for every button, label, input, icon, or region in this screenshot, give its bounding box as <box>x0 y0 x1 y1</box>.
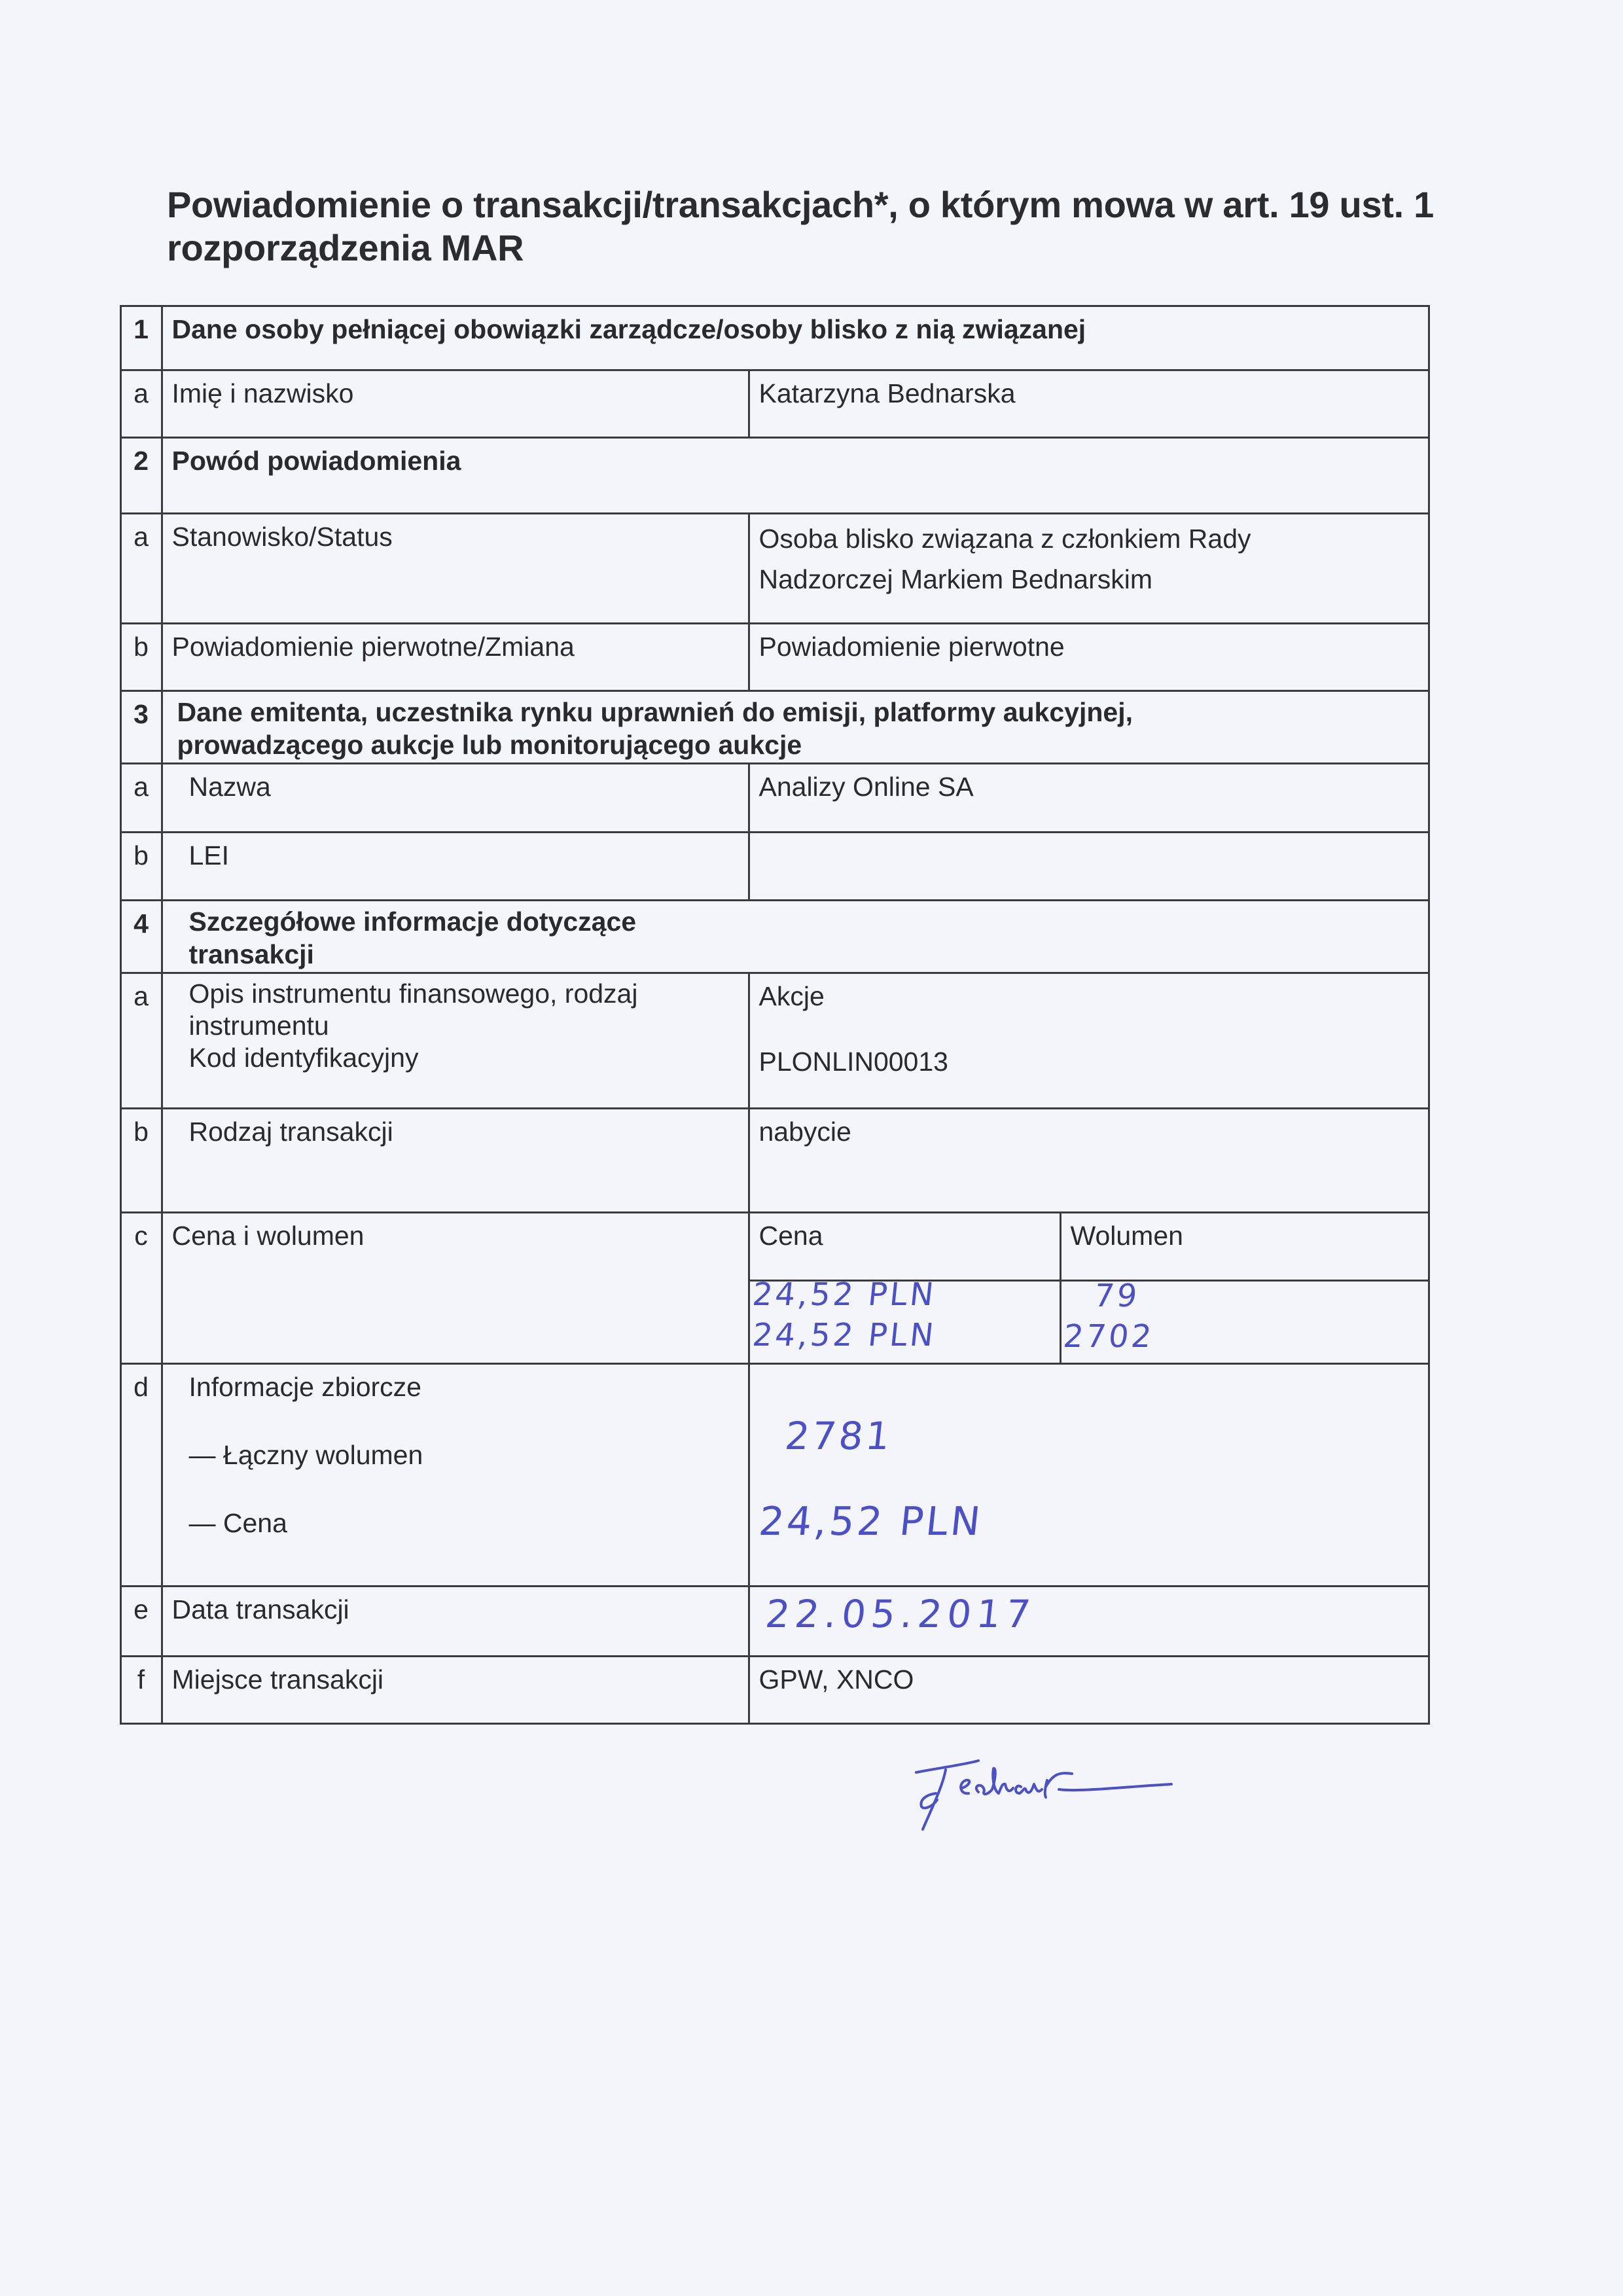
row-letter: a <box>120 369 163 439</box>
section-heading: Dane osoby pełniącej obowiązki zarządcze… <box>161 305 1430 371</box>
section-heading: Powód powiadomienia <box>161 437 1430 514</box>
page-title: Powiadomienie o transakcji/transakcjach*… <box>167 183 1443 270</box>
field-label-instrument: Opis instrumentu finansowego, rodzaj ins… <box>161 972 750 1109</box>
field-value-name[interactable]: Katarzyna Bednarska <box>748 369 1430 439</box>
volume-row-1: 79 <box>1092 1278 1141 1314</box>
field-label-transaction-venue: Miejsce transakcji <box>161 1655 750 1725</box>
price-column-header: Cena <box>748 1211 1061 1282</box>
field-value-transaction-venue[interactable]: GPW, XNCO <box>748 1655 1430 1725</box>
row-letter: a <box>120 512 163 624</box>
field-value-notification-type[interactable]: Powiadomienie pierwotne <box>748 622 1430 692</box>
aggregated-price-label: — Cena <box>189 1505 739 1541</box>
row-letter: f <box>120 1655 163 1725</box>
volume-row-2: 2702 <box>1061 1318 1156 1355</box>
row-letter: c <box>120 1211 163 1365</box>
identification-code-label: Kod identyfikacyjny <box>189 1042 739 1074</box>
instrument-description-label: Opis instrumentu finansowego, rodzaj ins… <box>189 978 739 1042</box>
transaction-date-value: 22.05.2017 <box>763 1592 1037 1636</box>
field-label-price-volume: Cena i wolumen <box>161 1211 750 1365</box>
field-label-aggregated: Informacje zbiorcze — Łączny wolumen — C… <box>161 1363 750 1587</box>
handwritten-signature-icon <box>897 1754 1263 1849</box>
aggregated-price-value: 24,52 PLN <box>757 1499 985 1545</box>
volume-column-header: Wolumen <box>1060 1211 1430 1282</box>
field-label-issuer-name: Nazwa <box>161 762 750 833</box>
section-heading: Szczegółowe informacje dotyczące transak… <box>161 899 1430 974</box>
section-number: 4 <box>120 899 163 974</box>
section-number: 3 <box>120 690 163 764</box>
field-label-status: Stanowisko/Status <box>161 512 750 624</box>
field-label-transaction-type: Rodzaj transakcji <box>161 1107 750 1213</box>
total-volume-label: — Łączny wolumen <box>189 1437 739 1505</box>
aggregated-info-label: Informacje zbiorcze <box>189 1369 739 1437</box>
section-number: 1 <box>120 305 163 371</box>
section-heading: Dane emitenta, uczestnika rynku uprawnie… <box>161 690 1430 764</box>
field-value-transaction-type[interactable]: nabycie <box>748 1107 1430 1213</box>
row-letter: e <box>120 1585 163 1657</box>
price-row-2: 24,52 PLN <box>751 1317 938 1354</box>
total-volume-value: 2781 <box>783 1414 895 1458</box>
row-letter: a <box>120 972 163 1109</box>
field-label-notification-type: Powiadomienie pierwotne/Zmiana <box>161 622 750 692</box>
identification-code-value[interactable]: PLONLIN00013 <box>759 1043 1419 1080</box>
section-number: 2 <box>120 437 163 514</box>
price-row-1: 24,52 PLN <box>751 1276 938 1313</box>
field-label-lei: LEI <box>161 831 750 901</box>
field-value-instrument: Akcje PLONLIN00013 <box>748 972 1430 1109</box>
row-letter: a <box>120 762 163 833</box>
row-letter: b <box>120 1107 163 1213</box>
instrument-type-value[interactable]: Akcje <box>759 978 1419 1043</box>
field-value-issuer-name[interactable]: Analizy Online SA <box>748 762 1430 833</box>
field-value-status[interactable]: Osoba blisko związana z członkiem Rady N… <box>748 512 1430 624</box>
field-label-name: Imię i nazwisko <box>161 369 750 439</box>
row-letter: b <box>120 622 163 692</box>
field-label-transaction-date: Data transakcji <box>161 1585 750 1657</box>
row-letter: b <box>120 831 163 901</box>
row-letter: d <box>120 1363 163 1587</box>
field-value-lei[interactable] <box>748 831 1430 901</box>
field-value-aggregated <box>748 1363 1430 1587</box>
